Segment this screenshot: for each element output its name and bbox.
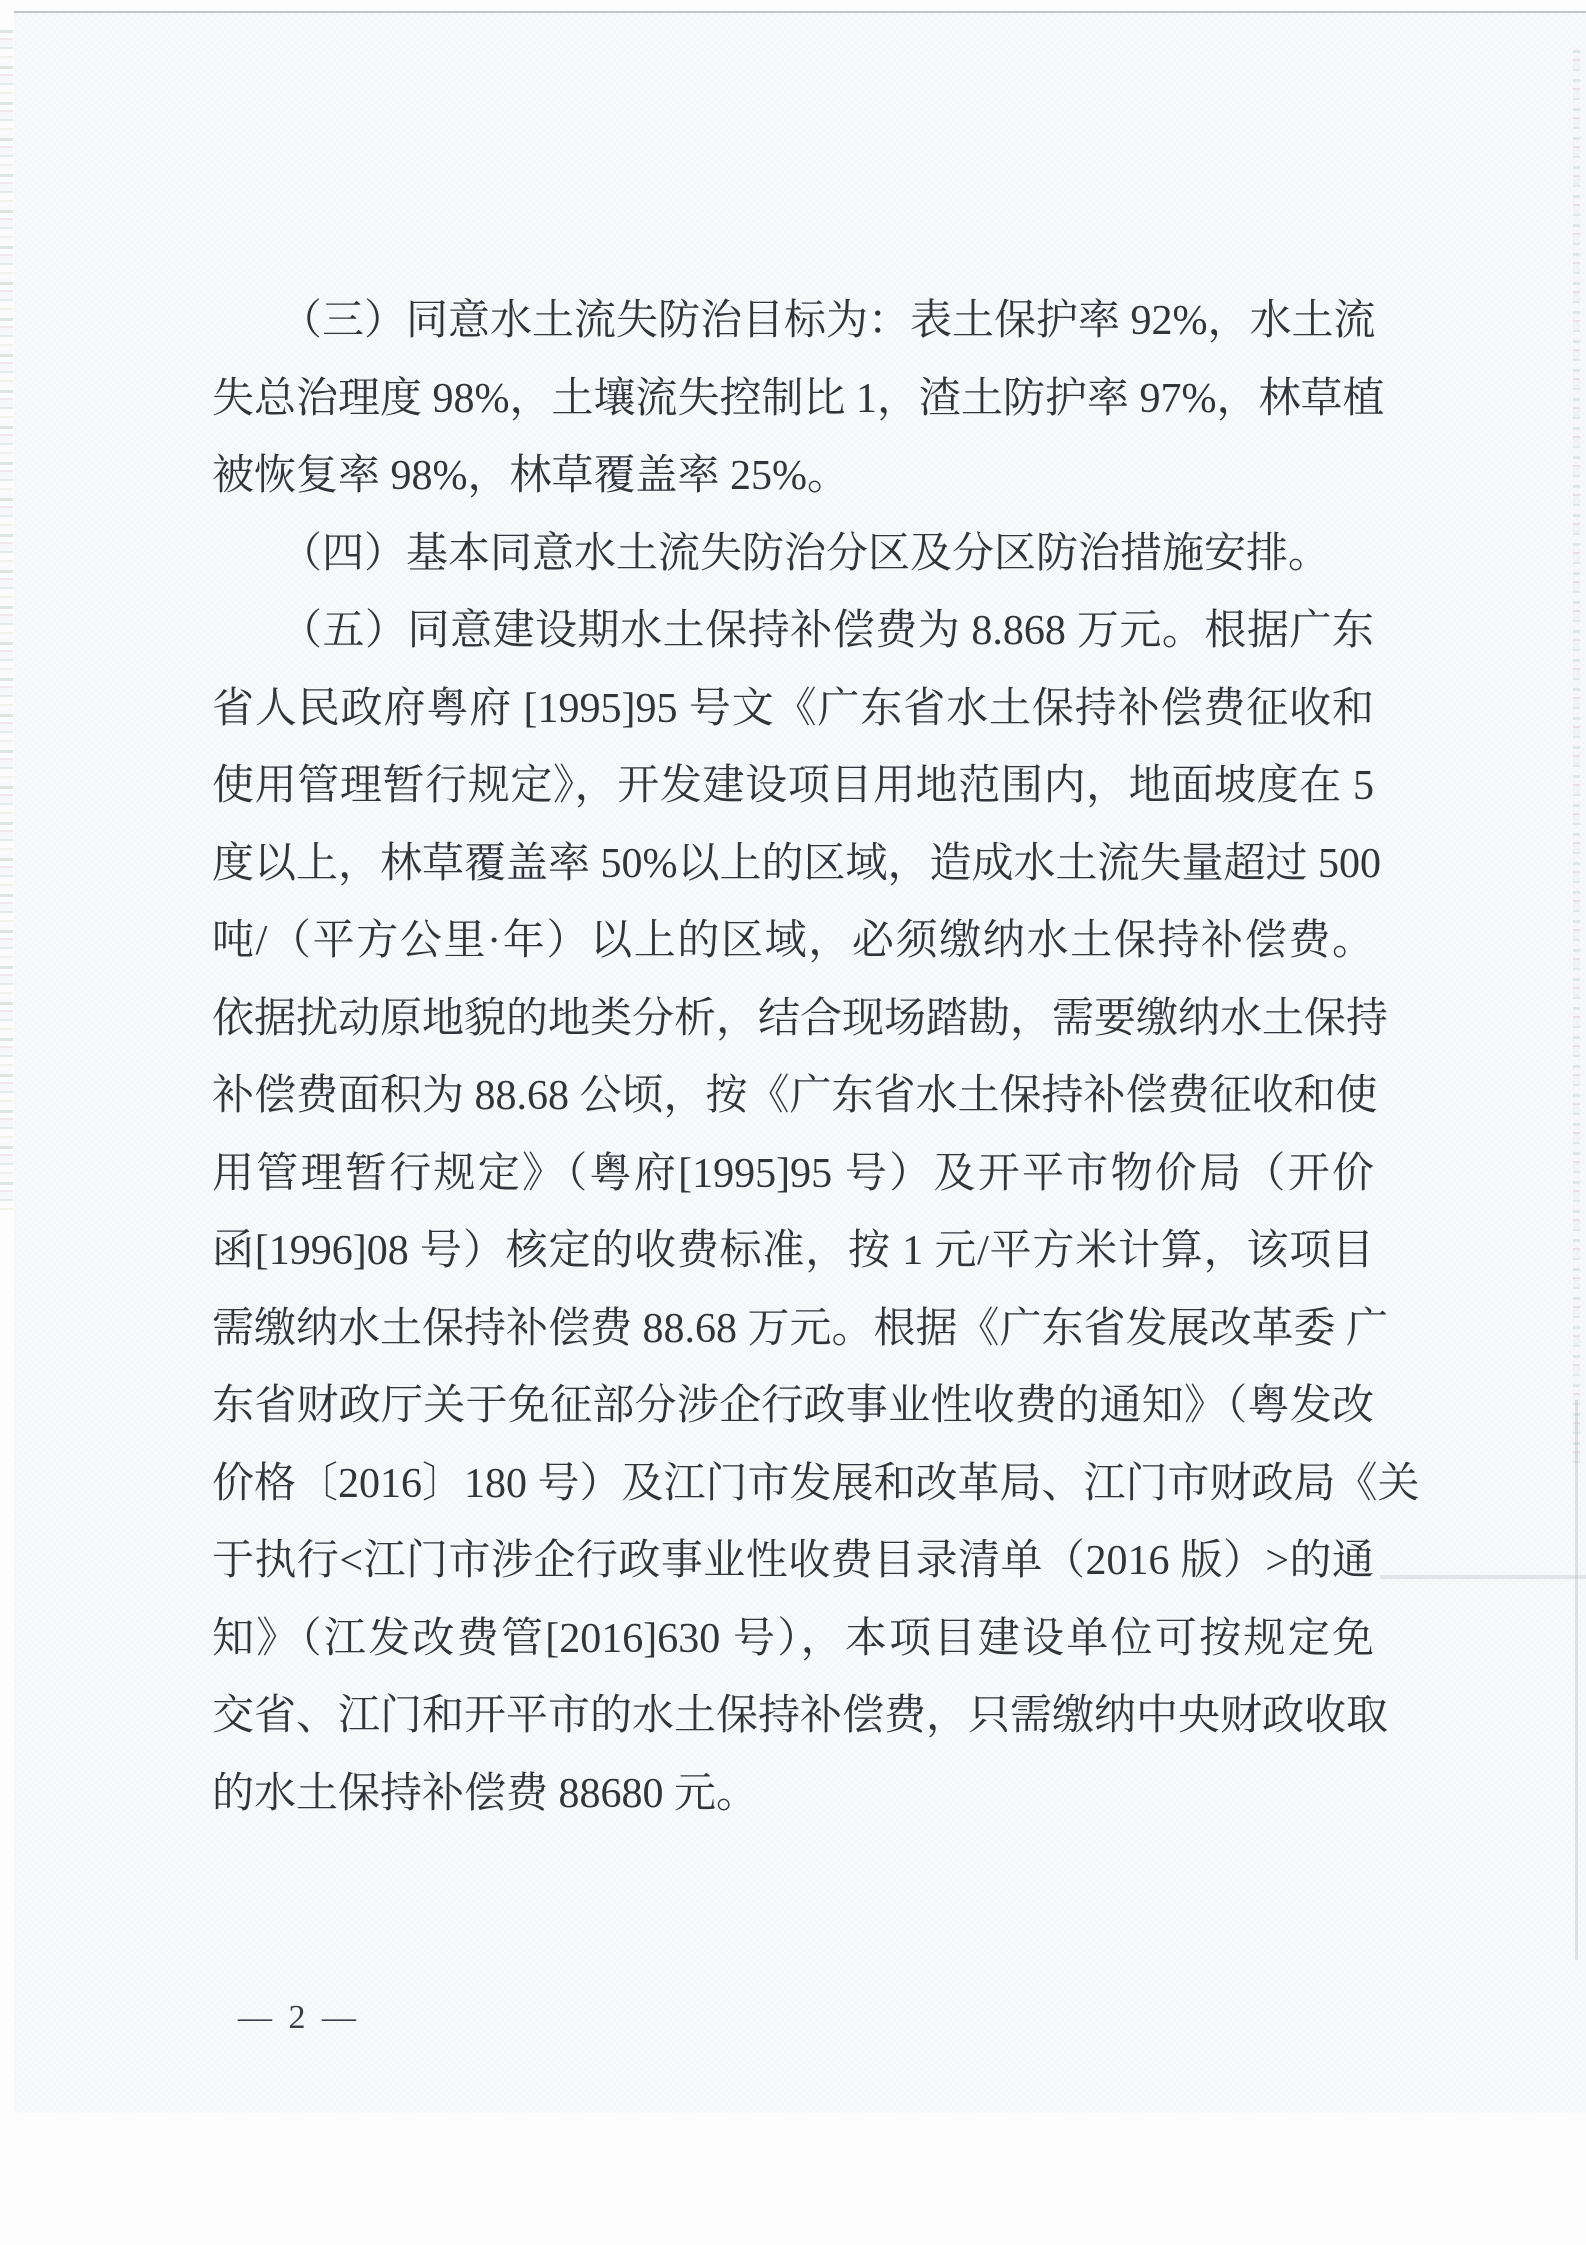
text-line-12: 用管理暂行规定》（粤府[1995]95 号）及开平市物价局（开价 xyxy=(212,1136,1374,1214)
text-line-3: 被恢复率 98%，林草覆盖率 25%。 xyxy=(212,438,1374,516)
text-line-10: 依据扰动原地貌的地类分析，结合现场踏勘，需要缴纳水土保持 xyxy=(212,981,1374,1059)
document-body: （三）同意水土流失防治目标为：表土保护率 92%，水土流 失总治理度 98%，土… xyxy=(212,283,1374,1833)
text-line-4: （四）基本同意水土流失防治分区及分区防治措施安排。 xyxy=(212,516,1374,594)
scan-artifact-left-edge xyxy=(0,30,13,1210)
text-line-11: 补偿费面积为 88.68 公顷，按《广东省水土保持补偿费征收和使 xyxy=(212,1058,1374,1136)
scan-artifact-right-line xyxy=(1575,1400,1578,1960)
scan-artifact-streak xyxy=(1380,1575,1586,1579)
text-line-7: 使用管理暂行规定》，开发建设项目用地范围内，地面坡度在 5 xyxy=(212,748,1374,826)
page-number: — 2 — xyxy=(238,1996,360,2040)
text-line-2: 失总治理度 98%，土壤流失控制比 1，渣土防护率 97%，林草植 xyxy=(212,361,1374,439)
scan-artifact-right-edge xyxy=(1573,50,1580,1470)
scanned-document-page: { "page": { "number_label": "— 2 —" }, "… xyxy=(0,0,1586,2245)
text-line-17: 于执行<江门市涉企行政事业性收费目录清单（2016 版）>的通 xyxy=(212,1523,1374,1601)
text-line-13: 函[1996]08 号）核定的收费标准，按 1 元/平方米计算，该项目 xyxy=(212,1213,1374,1291)
text-line-18: 知》（江发改费管[2016]630 号），本项目建设单位可按规定免 xyxy=(212,1601,1374,1679)
text-line-20: 的水土保持补偿费 88680 元。 xyxy=(212,1756,1374,1834)
text-line-8: 度以上，林草覆盖率 50%以上的区域，造成水土流失量超过 500 xyxy=(212,826,1374,904)
scan-artifact-top-line xyxy=(14,11,1586,13)
text-line-9: 吨/（平方公里·年）以上的区域，必须缴纳水土保持补偿费。 xyxy=(212,903,1374,981)
text-line-19: 交省、江门和开平市的水土保持补偿费，只需缴纳中央财政收取 xyxy=(212,1678,1374,1756)
text-line-6: 省人民政府粤府 [1995]95 号文《广东省水土保持补偿费征收和 xyxy=(212,671,1374,749)
text-line-16: 价格〔2016〕180 号）及江门市发展和改革局、江门市财政局《关 xyxy=(212,1446,1374,1524)
text-line-5: （五）同意建设期水土保持补偿费为 8.868 万元。根据广东 xyxy=(212,593,1374,671)
text-line-14: 需缴纳水土保持补偿费 88.68 万元。根据《广东省发展改革委 广 xyxy=(212,1291,1374,1369)
text-line-15: 东省财政厅关于免征部分涉企行政事业性收费的通知》（粤发改 xyxy=(212,1368,1374,1446)
text-line-1: （三）同意水土流失防治目标为：表土保护率 92%，水土流 xyxy=(212,283,1374,361)
